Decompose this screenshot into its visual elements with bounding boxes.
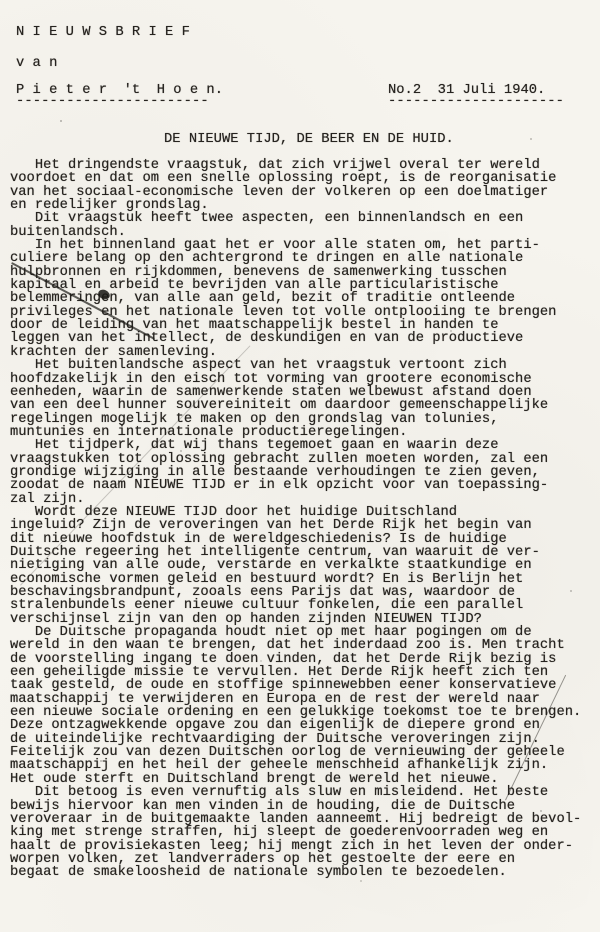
issue-underline: --------------------- xyxy=(388,95,564,108)
text-line: culiere belang op den achtergrond te dri… xyxy=(10,252,598,265)
masthead-van: v a n xyxy=(16,57,57,70)
text-line: maatschappij en het heil der geheele men… xyxy=(10,759,598,772)
text-line: Het buitenlandsche aspect van het vraags… xyxy=(10,359,598,372)
text-line: ingeluid? Zijn de veroveringen van het D… xyxy=(10,519,598,532)
text-line: haalt de provisiekasten leeg; hij mengt … xyxy=(10,840,598,853)
text-line: zal zijn. xyxy=(10,493,598,506)
text-line: leggen van het intellect, de deskundigen… xyxy=(10,332,598,345)
text-line: dit nieuwe hoofdstuk in de wereldgeschie… xyxy=(10,533,598,546)
text-line: nietiging van alle oude, verstarde en ve… xyxy=(10,559,598,572)
text-line: taak gesteld, de oude en stoffige spinne… xyxy=(10,679,598,692)
text-line: Dit betoog is even vernuftig als sluw en… xyxy=(10,786,598,799)
masthead-author-underline: ----------------------- xyxy=(16,95,209,108)
text-line: voordoet en dat om een snelle oplossing … xyxy=(10,172,598,185)
text-line: Het tijdperk, dat wij thans tegemoet gaa… xyxy=(10,439,598,452)
text-line: zoodat de naam NIEUWE TIJD er in elk opz… xyxy=(10,479,598,492)
document-page: N I E U W S B R I E F v a n P i e t e r … xyxy=(0,0,600,932)
text-line: wereld in den waan te brengen, dat het i… xyxy=(10,639,598,652)
text-line: begaat de smakeloosheid de nationale sym… xyxy=(10,866,598,879)
text-line: Dit vraagstuk heeft twee aspecten, een b… xyxy=(10,212,598,225)
text-line: vraagstukken tot oplossing gebracht zull… xyxy=(10,453,598,466)
text-line: stralenbundels eener nieuwe cultuur fonk… xyxy=(10,599,598,612)
text-line: bewijs hiervoor kan men vinden in de hou… xyxy=(10,800,598,813)
text-line: economische vormen geleid en bestuurd wo… xyxy=(10,573,598,586)
text-line: belemmeringen, van alle aan geld, bezit … xyxy=(10,292,598,305)
text-line: van een deel hunner souvereiniteit om da… xyxy=(10,399,598,412)
text-line: Deze ontzagwekkende opgave zou dan eigen… xyxy=(10,719,598,732)
newsletter-masthead: N I E U W S B R I E F xyxy=(16,26,190,39)
article-title: DE NIEUWE TIJD, DE BEER EN DE HUID. xyxy=(164,133,454,146)
article-body: Het dringendste vraagstuk, dat zich vrij… xyxy=(10,159,598,880)
text-line: king met strenge straffen, hij sleept de… xyxy=(10,826,598,839)
paper-specks xyxy=(60,120,62,122)
text-line: hoofdzakelijk in den eisch tot vorming v… xyxy=(10,373,598,386)
text-line: regelingen mogelijk te maken op den gron… xyxy=(10,413,598,426)
